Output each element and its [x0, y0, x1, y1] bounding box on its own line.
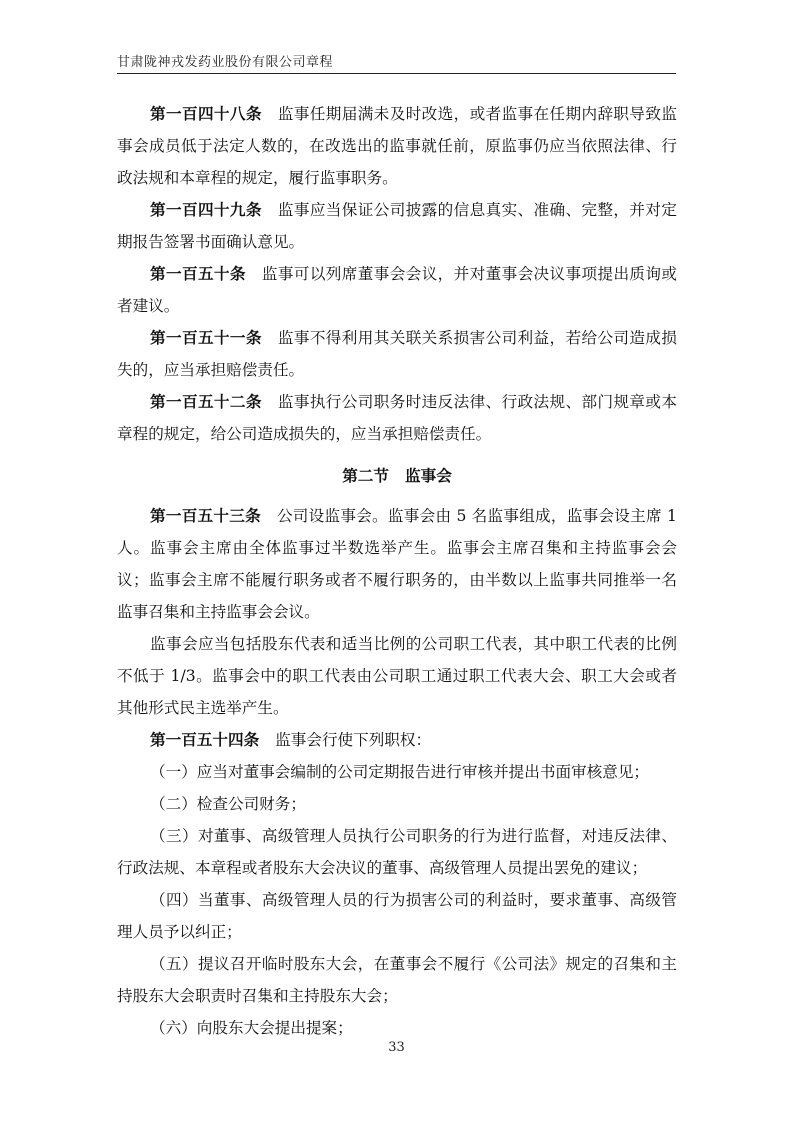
- article-number: 第一百五十二条: [150, 393, 262, 411]
- running-header: 甘肃陇神戎发药业股份有限公司章程: [117, 55, 676, 71]
- article-150: 第一百五十条监事可以列席董事会会议，并对董事会决议事项提出质询或者建议。: [117, 258, 677, 322]
- article-148: 第一百四十八条监事任期届满未及时改选，或者监事在任期内辞职导致监事会成员低于法定…: [117, 98, 677, 194]
- list-item: （二）检查公司财务；: [117, 788, 677, 820]
- article-number: 第一百五十三条: [150, 507, 261, 525]
- article-149: 第一百四十九条监事应当保证公司披露的信息真实、准确、完整，并对定期报告签署书面确…: [117, 194, 677, 258]
- header-rule: [117, 73, 676, 74]
- section-title: 监事会: [405, 467, 452, 485]
- article-number: 第一百五十一条: [150, 329, 262, 347]
- section-heading: 第二节监事会: [117, 460, 677, 492]
- page-number: 33: [0, 1040, 793, 1055]
- article-152: 第一百五十二条监事执行公司职务时违反法律、行政法规、部门规章或本章程的规定，给公…: [117, 386, 677, 450]
- list-item: （三）对董事、高级管理人员执行公司职务的行为进行监督，对违反法律、行政法规、本章…: [117, 820, 677, 884]
- article-number: 第一百五十四条: [150, 731, 259, 749]
- list-item: （一）应当对董事会编制的公司定期报告进行审核并提出书面审核意见；: [117, 756, 677, 788]
- article-154: 第一百五十四条监事会行使下列职权：: [117, 724, 677, 756]
- article-151: 第一百五十一条监事不得利用其关联关系损害公司利益，若给公司造成损失的，应当承担赔…: [117, 322, 677, 386]
- article-number: 第一百五十条: [150, 265, 246, 283]
- article-text: 监事会行使下列职权：: [275, 731, 431, 749]
- list-item: （五）提议召开临时股东大会，在董事会不履行《公司法》规定的召集和主持股东大会职责…: [117, 948, 677, 1012]
- section-number: 第二节: [342, 467, 389, 485]
- document-body: 第一百四十八条监事任期届满未及时改选，或者监事在任期内辞职导致监事会成员低于法定…: [117, 98, 677, 1044]
- list-item: （四）当董事、高级管理人员的行为损害公司的利益时，要求董事、高级管理人员予以纠正…: [117, 884, 677, 948]
- article-153: 第一百五十三条公司设监事会。监事会由 5 名监事组成，监事会设主席 1 人。监事…: [117, 500, 677, 628]
- article-number: 第一百四十九条: [150, 201, 262, 219]
- article-153-paragraph-2: 监事会应当包括股东代表和适当比例的公司职工代表，其中职工代表的比例不低于 1/3…: [117, 628, 677, 724]
- article-number: 第一百四十八条: [150, 105, 262, 123]
